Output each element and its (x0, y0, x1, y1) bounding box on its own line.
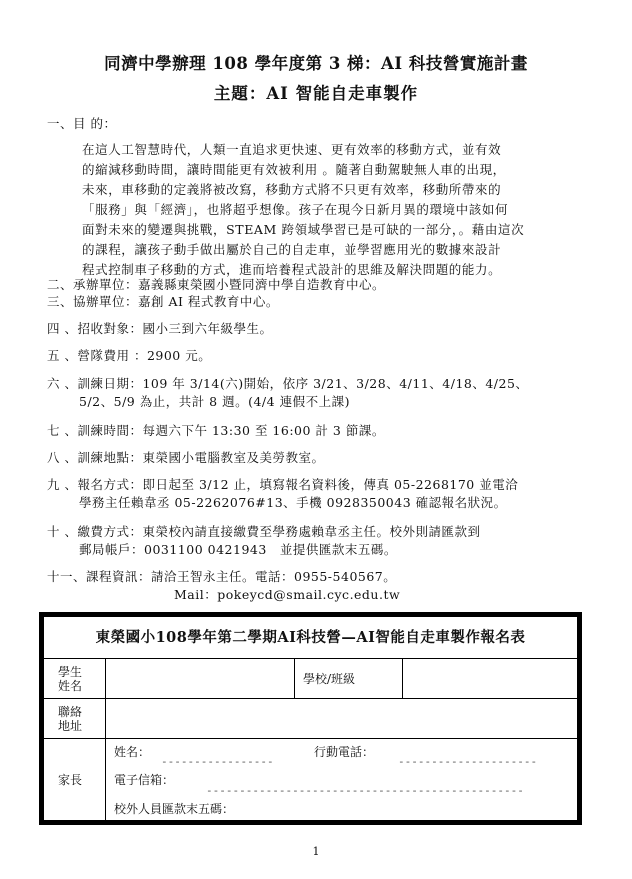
parent-name-field[interactable]: ----------------- (161, 755, 274, 768)
co-organizer: 三、協辦單位：嘉創 AI 程式教育中心。 (47, 293, 279, 311)
training-dates: 六 、訓練日期：109 年 3/14(六)開始，依序 3/21、3/28、4/1… (47, 375, 528, 411)
registration-form: 東榮國小108學年第二學期AI科技營—AI智能自走車製作報名表 學生 姓名 學校… (39, 612, 582, 825)
label-line: 姓名 (58, 679, 82, 693)
parent-label: 家長 (44, 739, 106, 820)
purpose-line: 的縮減移動時間，讓時間能更有效被利用 。隨著自動駕駛無人車的出現， (82, 160, 612, 180)
training-dates-line2: 5/2、5/9 為止，共計 8 週。(4/4 連假不上課) (47, 393, 528, 411)
label-line: 學生 (58, 665, 82, 679)
purpose-paragraph: 在這人工智慧時代，人類一直追求更快速、更有效率的移動方式，並有效 的縮減移動時間… (82, 140, 612, 280)
parent-info-cell: 姓名： ----------------- 行動電話： ------------… (106, 739, 577, 820)
page-number: 1 (0, 845, 632, 858)
purpose-heading: 一、目 的： (47, 115, 116, 133)
registration-method: 九 、報名方式：即日起至 3/12 止，填寫報名資料後，傳真 05-226817… (47, 476, 518, 512)
purpose-line: 「服務」與「經濟」，也將超乎想像。孩子在現今日新月異的環境中該如何 (82, 200, 612, 220)
training-time: 七 、訓練時間：每週六下午 13:30 至 16:00 計 3 節課。 (47, 422, 385, 440)
address-field[interactable] (106, 699, 577, 739)
email-field[interactable]: ----------------------------------------… (206, 784, 524, 797)
school-class-label: 學校/班級 (295, 659, 403, 699)
parent-name-label: 姓名： (114, 743, 150, 760)
school-class-field[interactable] (403, 659, 577, 699)
purpose-line: 的課程，讓孩子動手做出屬於自己的自走車，並學習應用光的數據來設計 (82, 240, 612, 260)
mobile-label: 行動電話： (314, 743, 374, 760)
registration-line1: 九 、報名方式：即日起至 3/12 止，填寫報名資料後，傳真 05-226817… (47, 477, 518, 492)
form-title: 東榮國小108學年第二學期AI科技營—AI智能自走車製作報名表 (44, 617, 577, 659)
document-subtitle: 主題：AI 智能自走車製作 (0, 80, 632, 104)
organizer: 二、承辦單位：嘉義縣東榮國小暨同濟中學自造教育中心。 (47, 276, 385, 294)
document-title: 同濟中學辦理 108 學年度第 3 梯：AI 科技營實施計畫 (0, 50, 632, 74)
registration-line2: 學務主任賴韋丞 05-2262076#13、手機 0928350043 確認報名… (47, 494, 518, 512)
student-name-field[interactable] (106, 659, 295, 699)
email-label: 電子信箱： (114, 771, 174, 788)
payment-method: 十 、繳費方式：東榮校內請直接繳費至學務處賴韋丞主任。校外則請匯款到 郵局帳戶：… (47, 523, 480, 559)
purpose-line: 在這人工智慧時代，人類一直追求更快速、更有效率的移動方式，並有效 (82, 140, 612, 160)
course-info: 十一、課程資訊：請洽王智永主任。電話：0955-540567。 Mail：pok… (47, 568, 400, 604)
remittance-code-label: 校外人員匯款末五碼： (114, 800, 234, 817)
contact-email: Mail：pokeycd@smail.cyc.edu.tw (47, 586, 400, 604)
camp-fee: 五 、營隊費用 ：2900 元。 (47, 347, 211, 365)
label-line: 地址 (58, 719, 82, 733)
purpose-line: 未來，車移動的定義將被改寫，移動方式將不只更有效率，移動所帶來的 (82, 180, 612, 200)
purpose-line: 面對未來的變遷與挑戰，STEAM 跨領域學習已是可缺的一部分，。藉由這次 (82, 220, 612, 240)
payment-line1: 十 、繳費方式：東榮校內請直接繳費至學務處賴韋丞主任。校外則請匯款到 (47, 524, 480, 539)
mobile-field[interactable]: --------------------- (398, 755, 537, 768)
training-dates-line1: 六 、訓練日期：109 年 3/14(六)開始，依序 3/21、3/28、4/1… (47, 376, 528, 391)
label-line: 聯絡 (58, 705, 82, 719)
training-location: 八 、訓練地點：東榮國小電腦教室及美勞教室。 (47, 449, 324, 467)
course-info-line1: 十一、課程資訊：請洽王智永主任。電話：0955-540567。 (47, 569, 396, 584)
address-label: 聯絡 地址 (44, 699, 106, 739)
payment-line2: 郵局帳戶：0031100 0421943 並提供匯款末五碼。 (47, 541, 480, 559)
student-name-label: 學生 姓名 (44, 659, 106, 699)
target-audience: 四 、招收對象：國小三到六年級學生。 (47, 320, 272, 338)
